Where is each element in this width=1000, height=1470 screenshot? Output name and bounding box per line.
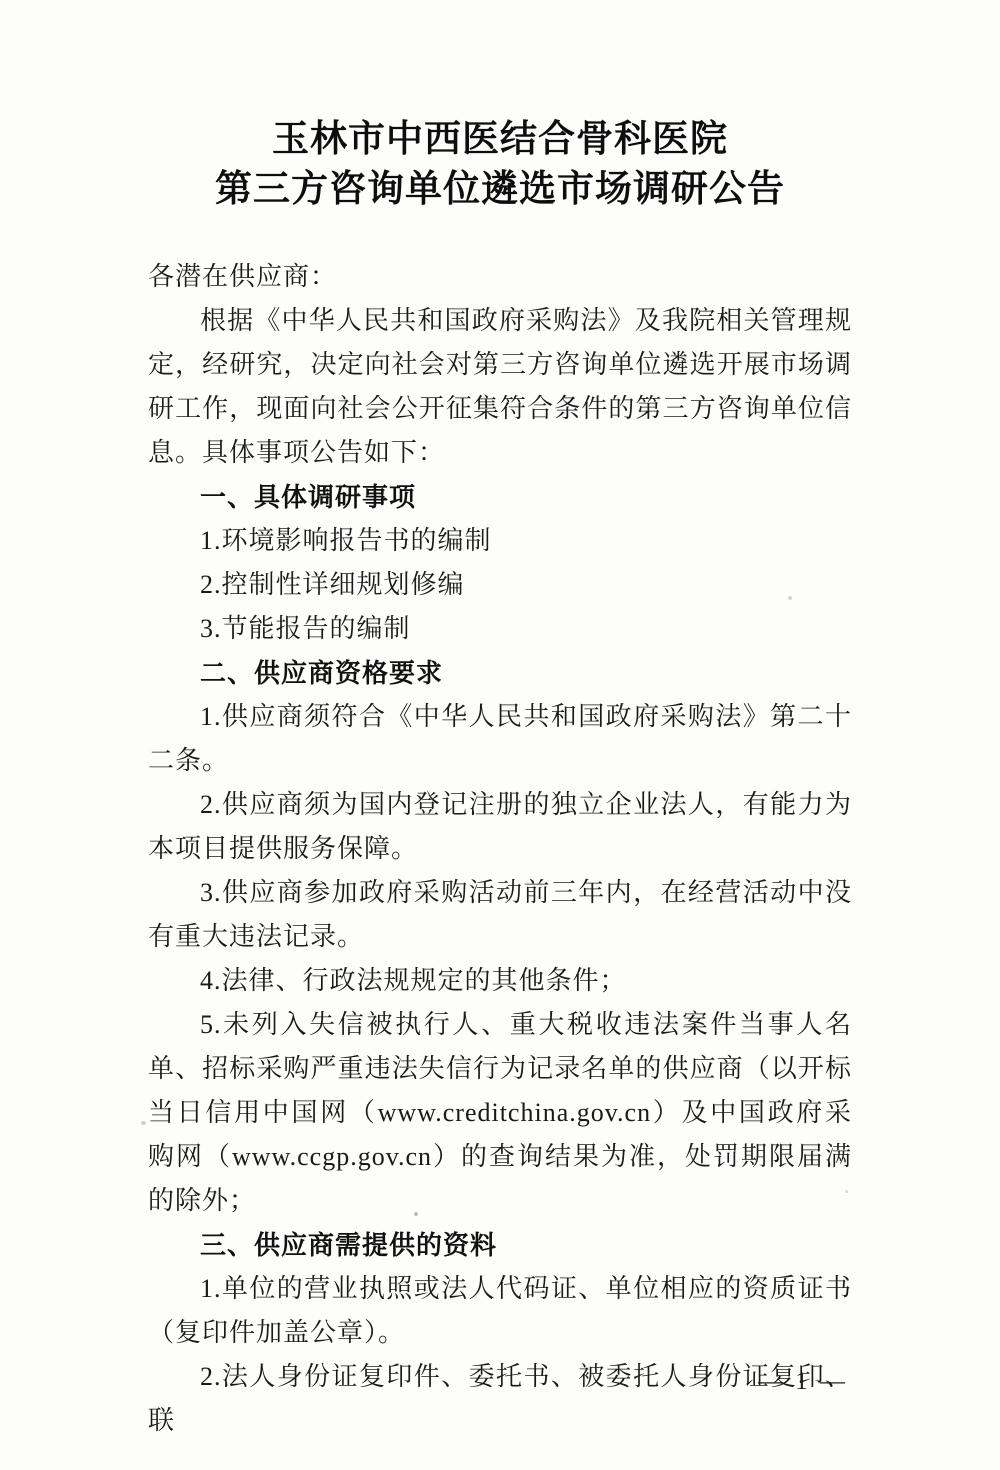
section-2-heading: 二、供应商资格要求	[148, 651, 852, 695]
intro-paragraph: 根据《中华人民共和国政府采购法》及我院相关管理规定，经研究，决定向社会对第三方咨…	[148, 299, 852, 475]
section-1-item-3: 3.节能报告的编制	[148, 607, 852, 651]
salutation: 各潜在供应商：	[148, 255, 852, 299]
section-2-item-1: 1.供应商须符合《中华人民共和国政府采购法》第二十二条。	[148, 695, 852, 783]
scan-speck	[845, 1190, 848, 1193]
section-2-item-3: 3.供应商参加政府采购活动前三年内，在经营活动中没有重大违法记录。	[148, 871, 852, 959]
section-2-item-5: 5.未列入失信被执行人、重大税收违法案件当事人名单、招标采购严重违法失信行为记录…	[148, 1003, 852, 1223]
section-3-item-1: 1.单位的营业执照或法人代码证、单位相应的资质证书（复印件加盖公章）。	[148, 1267, 852, 1355]
scan-speck	[414, 1212, 418, 1216]
document-body: 各潜在供应商： 根据《中华人民共和国政府采购法》及我院相关管理规定，经研究，决定…	[148, 255, 852, 1443]
document-title-line-2: 第三方咨询单位遴选市场调研公告	[90, 164, 910, 214]
document-title-line-1: 玉林市中西医结合骨科医院	[90, 114, 910, 164]
section-1-heading: 一、具体调研事项	[148, 475, 852, 519]
section-3-heading: 三、供应商需提供的资料	[148, 1223, 852, 1267]
section-1-item-2: 2.控制性详细规划修编	[148, 563, 852, 607]
page-number: — 1 —	[758, 1368, 848, 1396]
section-1-item-1: 1.环境影响报告书的编制	[148, 519, 852, 563]
scan-speck	[788, 596, 792, 600]
section-2-item-2: 2.供应商须为国内登记注册的独立企业法人，有能力为本项目提供服务保障。	[148, 783, 852, 871]
section-3-item-2: 2.法人身份证复印件、委托书、被委托人身份证复印、联	[148, 1355, 852, 1443]
section-2-item-4: 4.法律、行政法规规定的其他条件；	[148, 959, 852, 1003]
scan-speck	[141, 1121, 146, 1125]
document-title: 玉林市中西医结合骨科医院 第三方咨询单位遴选市场调研公告	[90, 114, 910, 214]
scanned-document-page: 玉林市中西医结合骨科医院 第三方咨询单位遴选市场调研公告 各潜在供应商： 根据《…	[0, 0, 1000, 1470]
